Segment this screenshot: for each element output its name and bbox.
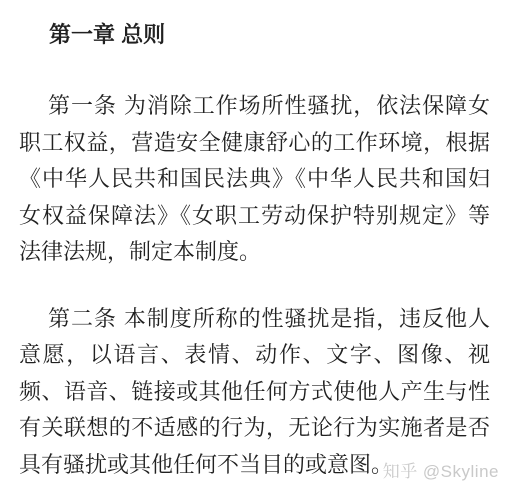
paragraph-article-1: 第一条 为消除工作场所性骚扰，依法保障女职工权益，营造安全健康舒心的工作环境，根… [19, 88, 490, 271]
paragraph-article-2: 第二条 本制度所称的性骚扰是指，违反他人意愿，以语言、表情、动作、文字、图像、视… [19, 301, 490, 484]
document-page: 第一章 总则 第一条 为消除工作场所性骚扰，依法保障女职工权益，营造安全健康舒心… [0, 0, 505, 483]
chapter-heading: 第一章 总则 [49, 20, 490, 50]
